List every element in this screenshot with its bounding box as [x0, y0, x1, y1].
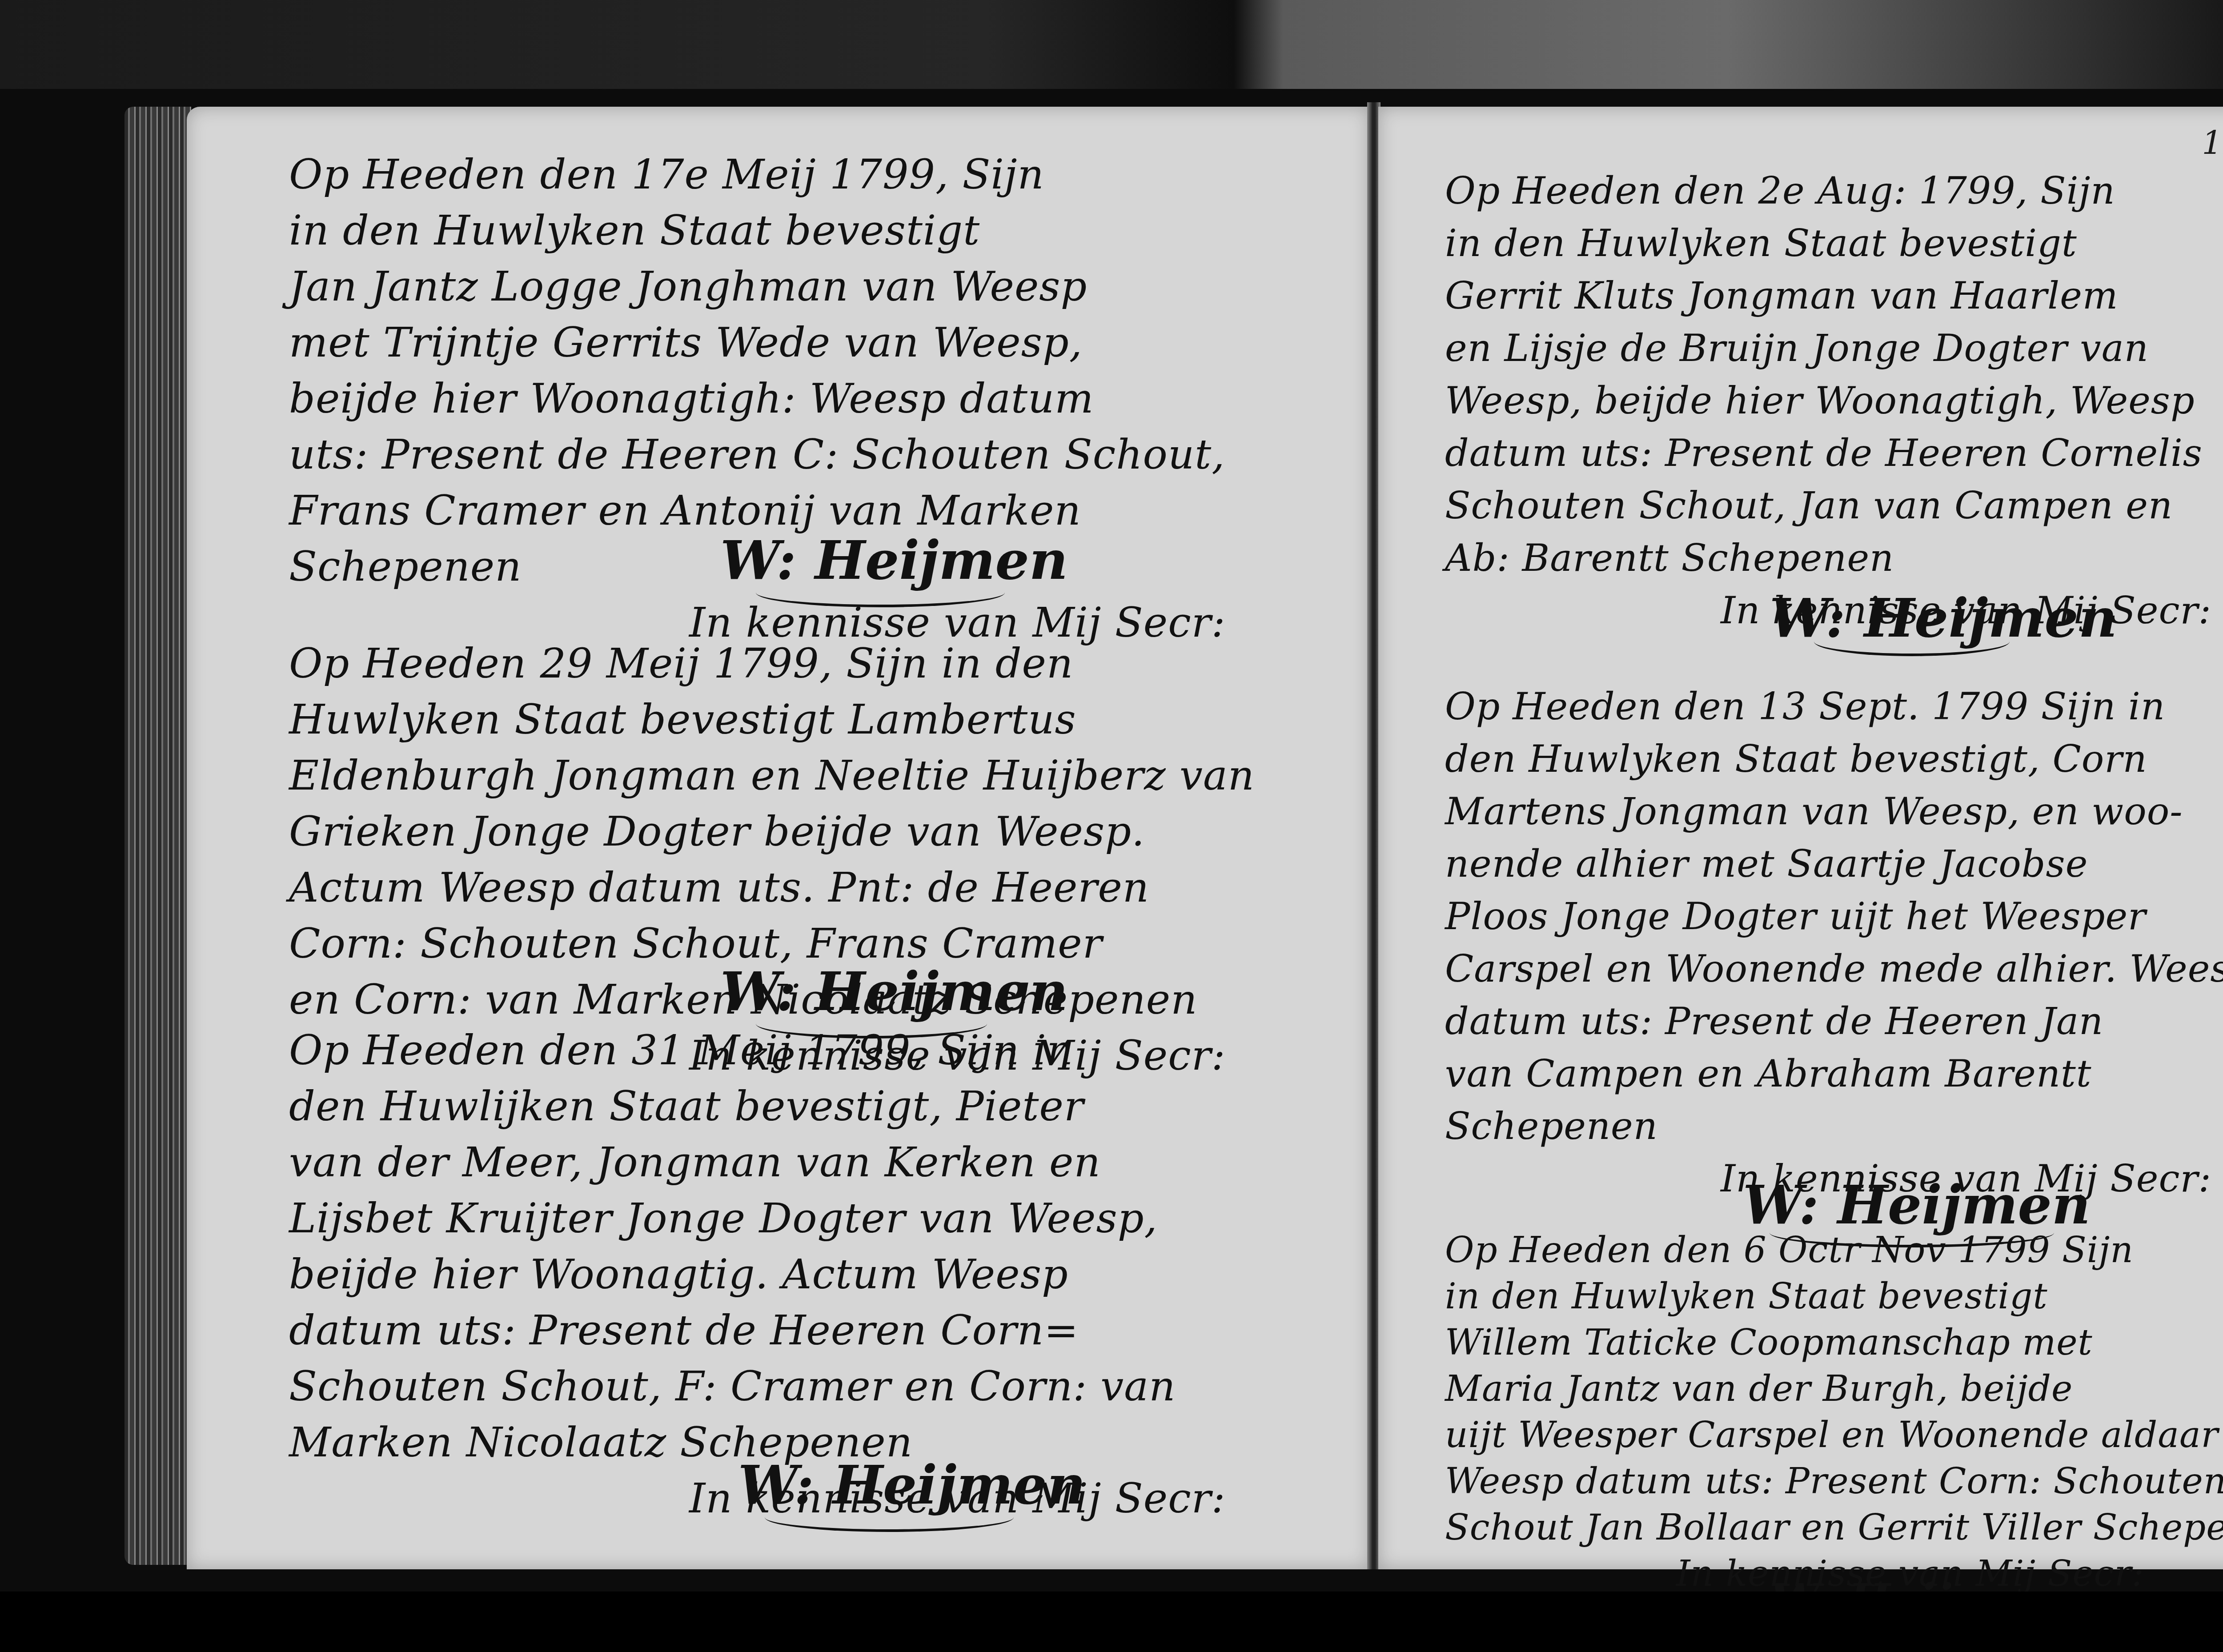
entry-line: Schouten Schout, Jan van Campen en	[1445, 479, 2211, 532]
entry-line: datum uts: Present de Heeren Corn=	[289, 1303, 1226, 1359]
entry-line: Op Heeden den 6 Octr Nov 1799 Sijn	[1445, 1227, 2223, 1273]
entry-line: Ab: Barentt Schepenen	[1445, 532, 2211, 584]
entry-line: Martens Jongman van Weesp, en woo-	[1445, 785, 2223, 838]
entry-line: van Campen en Abraham Barentt	[1445, 1047, 2223, 1100]
entry-line: met Trijntje Gerrits Wede van Weesp,	[289, 315, 1226, 371]
entry-line: datum uts: Present de Heeren Cornelis	[1445, 427, 2211, 479]
entry-line: Op Heeden den 17e Meij 1799, Sijn	[289, 147, 1226, 203]
entry-line: in den Huwlyken Staat bevestigt	[1445, 217, 2211, 269]
signature-flourish	[765, 1503, 1014, 1532]
entry-line: Schepenen	[1445, 1100, 2223, 1152]
open-register-book: Op Heeden den 17e Meij 1799, Sijn in den…	[124, 89, 2223, 1592]
signature-flourish	[756, 578, 1005, 607]
entry-line: Willem Taticke Coopmanschap met	[1445, 1319, 2223, 1366]
entry-line: Weesp datum uts: Present Corn: Schouten	[1445, 1458, 2223, 1504]
entry-line: van der Meer, Jongman van Kerken en	[289, 1135, 1226, 1191]
entry-line: Ploos Jonge Dogter uijt het Weesper	[1445, 890, 2223, 942]
entry-line: den Huwlijken Staat bevestigt, Pieter	[289, 1079, 1226, 1135]
entry-line: Eldenburgh Jongman en Neeltie Huijberz v…	[289, 748, 1255, 804]
entry-line: den Huwlyken Staat bevestigt, Corn	[1445, 733, 2223, 785]
marriage-entry-4: Op Heeden den 2e Aug: 1799, Sijn in den …	[1445, 164, 2211, 637]
entry-line: Grieken Jonge Dogter beijde van Weesp.	[289, 804, 1255, 860]
entry-line: uts: Present de Heeren C: Schouten Schou…	[289, 427, 1226, 483]
left-page: Op Heeden den 17e Meij 1799, Sijn in den…	[187, 107, 1369, 1569]
entry-line: Gerrit Kluts Jongman van Haarlem	[1445, 269, 2211, 322]
marriage-entry-3: Op Heeden den 31 Meij 1799, Sijn in den …	[289, 1022, 1226, 1527]
book-left-page-edges	[124, 107, 191, 1565]
entry-line: beijde hier Woonagtig. Actum Weesp	[289, 1247, 1226, 1303]
entry-line: Op Heeden den 31 Meij 1799, Sijn in	[289, 1022, 1226, 1079]
entry-line: uijt Weesper Carspel en Woonende aldaar	[1445, 1412, 2223, 1458]
right-page: 152 Op Heeden den 2e Aug: 1799, Sijn in …	[1378, 107, 2223, 1569]
entry-line: in den Huwlyken Staat bevestigt	[1445, 1273, 2223, 1319]
entry-line: datum uts: Present de Heeren Jan	[1445, 995, 2223, 1047]
marriage-entry-5: Op Heeden den 13 Sept. 1799 Sijn in den …	[1445, 680, 2223, 1205]
entry-line: in den Huwlyken Staat bevestigt	[289, 203, 1226, 259]
signature-flourish	[1814, 627, 2010, 656]
entry-line: en Lijsje de Bruijn Jonge Dogter van	[1445, 322, 2211, 374]
entry-line: Maria Jantz van der Burgh, beijde	[1445, 1366, 2223, 1412]
entry-line: Jan Jantz Logge Jonghman van Weesp	[289, 259, 1226, 315]
marriage-entry-6: Op Heeden den 6 Octr Nov 1799 Sijn in de…	[1445, 1227, 2223, 1597]
entry-line: nende alhier met Saartje Jacobse	[1445, 838, 2223, 890]
entry-line: Op Heeden den 2e Aug: 1799, Sijn	[1445, 164, 2211, 217]
entry-line: Lijsbet Kruijter Jonge Dogter van Weesp,	[289, 1191, 1226, 1247]
entry-line: Actum Weesp datum uts. Pnt: de Heeren	[289, 860, 1255, 916]
entry-line: beijde hier Woonagtigh: Weesp datum	[289, 371, 1226, 427]
scan-bottom-border	[0, 1592, 2223, 1652]
entry-line: Op Heeden 29 Meij 1799, Sijn in den	[289, 636, 1255, 692]
page-number: 152	[2202, 124, 2223, 162]
entry-line: Op Heeden den 13 Sept. 1799 Sijn in	[1445, 680, 2223, 733]
scan-backdrop	[0, 0, 2223, 89]
entry-line: Schout Jan Bollaar en Gerrit Viller Sche…	[1445, 1504, 2223, 1551]
entry-line: Schouten Schout, F: Cramer en Corn: van	[289, 1359, 1226, 1415]
entry-line: Weesp, beijde hier Woonagtigh, Weesp	[1445, 374, 2211, 427]
entry-line: Huwlyken Staat bevestigt Lambertus	[289, 692, 1255, 748]
entry-line: Carspel en Woonende mede alhier. Weesp	[1445, 942, 2223, 995]
